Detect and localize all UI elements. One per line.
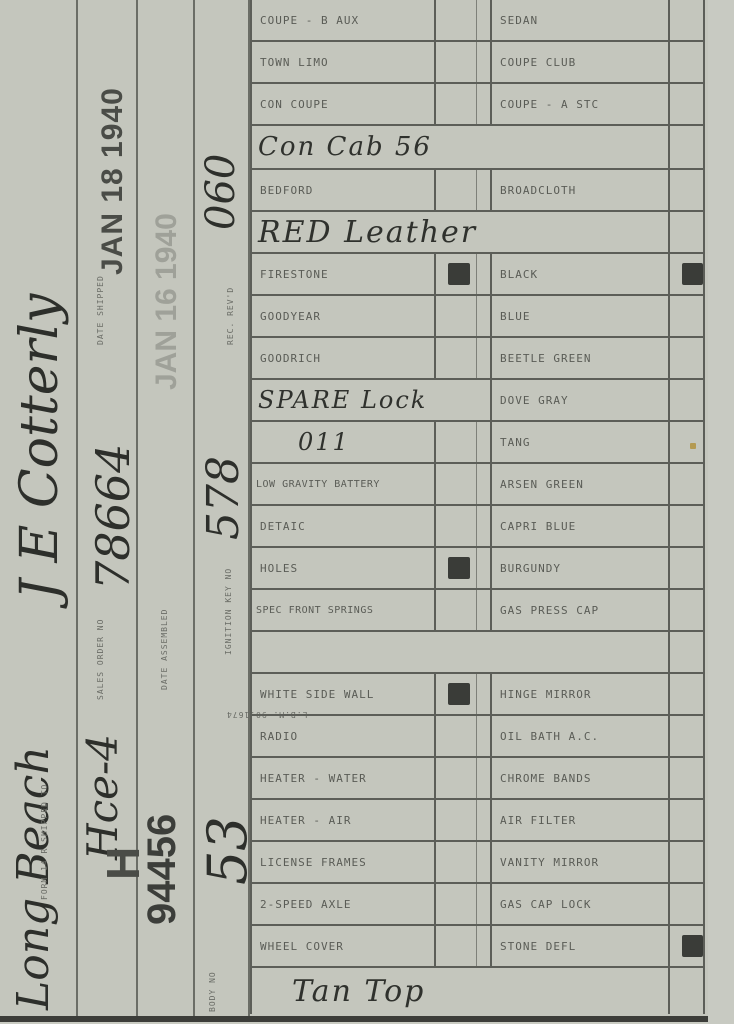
table-row: LICENSE FRAMES VANITY MIRROR	[250, 842, 705, 884]
option-checkbox[interactable]	[434, 758, 476, 798]
option-label: COUPE CLUB	[490, 42, 668, 82]
option-label: 2-SPEED AXLE	[250, 884, 434, 924]
option-label: OIL BATH A.C.	[490, 716, 668, 756]
option-checkbox[interactable]	[668, 506, 705, 546]
option-label: COUPE - A STC	[490, 84, 668, 124]
check-mark-icon	[682, 263, 703, 285]
option-label: FIRESTONE	[250, 254, 434, 294]
option-checkbox[interactable]	[668, 548, 705, 588]
option-label: RADIO	[250, 716, 434, 756]
option-label: GOODRICH	[250, 338, 434, 378]
card-edge	[708, 0, 734, 1024]
option-checkbox-checked[interactable]	[434, 254, 476, 294]
option-checkbox[interactable]	[434, 338, 476, 378]
option-checkbox[interactable]	[668, 126, 705, 168]
option-label: VANITY MIRROR	[490, 842, 668, 882]
table-row: WHEEL COVER STONE DEFL	[250, 926, 705, 968]
label-sales-order: SALES ORDER NO	[96, 619, 105, 700]
stamp-date-faded: JAN 16 1940	[150, 213, 184, 390]
option-checkbox[interactable]	[434, 170, 476, 210]
table-row: WHITE SIDE WALL HINGE MIRROR	[250, 674, 705, 716]
table-row-handwritten: Tan Top	[250, 968, 705, 1014]
option-checkbox[interactable]	[434, 42, 476, 82]
table-row: SPEC FRONT SPRINGS GAS PRESS CAP	[250, 590, 705, 632]
option-checkbox-checked[interactable]	[434, 674, 476, 714]
label-form: FORM 14 R SHIPPED TO	[40, 784, 49, 900]
option-label: STONE DEFL	[490, 926, 668, 966]
option-label: BLUE	[490, 296, 668, 336]
table-row: 2-SPEED AXLE GAS CAP LOCK	[250, 884, 705, 926]
label-ignition-key: IGNITION KEY NO	[224, 568, 233, 655]
option-checkbox[interactable]	[668, 842, 705, 882]
option-label: CHROME BANDS	[490, 758, 668, 798]
option-label: COUPE - B AUX	[250, 0, 434, 40]
table-row: TOWN LIMO COUPE CLUB	[250, 42, 705, 84]
option-checkbox[interactable]	[434, 296, 476, 336]
label-body-no: BODY NO	[208, 971, 217, 1012]
table-row-handwritten: Con Cab 56	[250, 126, 705, 170]
option-checkbox[interactable]	[668, 590, 705, 630]
option-checkbox[interactable]	[434, 716, 476, 756]
handwritten-name: J E Cotterly	[10, 294, 70, 600]
option-label: CAPRI BLUE	[490, 506, 668, 546]
option-checkbox[interactable]	[434, 506, 476, 546]
table-row: COUPE - B AUX SEDAN	[250, 0, 705, 42]
table-row: SPARE Lock DOVE GRAY	[250, 380, 705, 422]
option-label: HEATER - AIR	[250, 800, 434, 840]
option-checkbox[interactable]	[668, 84, 705, 124]
option-checkbox[interactable]	[668, 170, 705, 210]
label-date-shipped: DATE SHIPPED	[96, 275, 105, 345]
option-checkbox[interactable]	[668, 800, 705, 840]
option-label: HOLES	[250, 548, 434, 588]
option-label: GOODYEAR	[250, 296, 434, 336]
option-checkbox[interactable]	[434, 464, 476, 504]
table-row: DETAIC CAPRI BLUE	[250, 506, 705, 548]
build-card: J E Cotterly Long Beach FORM 14 R SHIPPE…	[0, 0, 711, 1022]
table-row: 011 TANG	[250, 422, 705, 464]
check-mark-icon	[448, 683, 470, 705]
stain-dot-icon	[690, 443, 696, 449]
handwritten-upholstery: RED Leather	[250, 212, 668, 252]
option-checkbox[interactable]	[668, 422, 705, 462]
option-label: GAS PRESS CAP	[490, 590, 668, 630]
option-checkbox[interactable]	[434, 84, 476, 124]
stamped-serial: 94456	[140, 814, 185, 925]
option-checkbox[interactable]	[668, 674, 705, 714]
option-label: HEATER - WATER	[250, 758, 434, 798]
option-label: BEDFORD	[250, 170, 434, 210]
option-checkbox[interactable]	[434, 590, 476, 630]
option-label: LOW GRAVITY BATTERY	[250, 464, 434, 504]
option-label: BURGUNDY	[490, 548, 668, 588]
option-label: HINGE MIRROR	[490, 674, 668, 714]
handwritten-location: Long Beach	[8, 746, 59, 1010]
check-mark-icon	[448, 557, 470, 579]
option-checkbox[interactable]	[668, 884, 705, 924]
stamp-date: JAN 18 1940	[96, 87, 130, 275]
table-row: BEDFORD BROADCLOTH	[250, 170, 705, 212]
handwritten-number-3: 578	[198, 456, 249, 540]
option-checkbox[interactable]	[668, 464, 705, 504]
option-label: AIR FILTER	[490, 800, 668, 840]
option-checkbox-checked[interactable]	[668, 926, 705, 966]
option-label: DOVE GRAY	[490, 380, 668, 420]
option-label: ARSEN GREEN	[490, 464, 668, 504]
table-row: HEATER - AIR AIR FILTER	[250, 800, 705, 842]
divider	[76, 0, 78, 1016]
option-checkbox[interactable]	[668, 632, 705, 672]
option-checkbox[interactable]	[668, 968, 705, 1014]
option-checkbox[interactable]	[434, 0, 476, 40]
handwritten-code: 011	[250, 422, 434, 462]
label-date-assembled: DATE ASSEMBLED	[160, 609, 169, 690]
option-label: TANG	[490, 422, 668, 462]
table-row: FIRESTONE BLACK	[250, 254, 705, 296]
handwritten-number-1: 78664	[86, 444, 140, 590]
check-mark-icon	[682, 935, 703, 957]
option-label: BLACK	[490, 254, 668, 294]
handwritten-date: Hce-4	[78, 734, 127, 860]
table-row: HOLES BURGUNDY	[250, 548, 705, 590]
option-label: LICENSE FRAMES	[250, 842, 434, 882]
option-label: BROADCLOTH	[490, 170, 668, 210]
option-label: BEETLE GREEN	[490, 338, 668, 378]
option-checkbox[interactable]	[434, 800, 476, 840]
option-checkbox[interactable]	[434, 842, 476, 882]
handwritten-number-2: 060	[198, 154, 244, 230]
option-checkbox[interactable]	[434, 884, 476, 924]
option-label: CON COUPE	[250, 84, 434, 124]
option-checkbox-checked[interactable]	[668, 254, 705, 294]
table-row: RADIO OIL BATH A.C.	[250, 716, 705, 758]
option-checkbox-checked[interactable]	[434, 548, 476, 588]
option-checkbox[interactable]	[668, 380, 705, 420]
check-mark-icon	[448, 263, 470, 285]
handwritten-top: Tan Top	[250, 968, 668, 1014]
table-row: GOODYEAR BLUE	[250, 296, 705, 338]
table-row: GOODRICH BEETLE GREEN	[250, 338, 705, 380]
table-row: LOW GRAVITY BATTERY ARSEN GREEN	[250, 464, 705, 506]
option-checkbox[interactable]	[668, 296, 705, 336]
divider	[193, 0, 195, 1016]
table-row-handwritten: RED Leather	[250, 212, 705, 254]
option-checkbox[interactable]	[668, 0, 705, 40]
option-checkbox[interactable]	[668, 338, 705, 378]
option-checkbox[interactable]	[434, 422, 476, 462]
label-rec: REC. REV'D	[226, 287, 235, 345]
option-label: GAS CAP LOCK	[490, 884, 668, 924]
handwritten-spare: SPARE Lock	[250, 380, 490, 420]
table-row-blank	[250, 632, 705, 674]
table-row: CON COUPE COUPE - A STC	[250, 84, 705, 126]
handwritten-model: Con Cab 56	[250, 126, 668, 168]
option-label: SPEC FRONT SPRINGS	[250, 590, 434, 630]
option-checkbox[interactable]	[668, 716, 705, 756]
option-label: SEDAN	[490, 0, 668, 40]
option-label: WHEEL COVER	[250, 926, 434, 966]
option-checkbox[interactable]	[668, 212, 705, 252]
option-label: TOWN LIMO	[250, 42, 434, 82]
option-label: WHITE SIDE WALL	[250, 674, 434, 714]
option-checkbox[interactable]	[434, 926, 476, 966]
option-checkbox[interactable]	[668, 42, 705, 82]
option-label: DETAIC	[250, 506, 434, 546]
table-row: HEATER - WATER CHROME BANDS	[250, 758, 705, 800]
option-checkbox[interactable]	[668, 758, 705, 798]
left-panel: J E Cotterly Long Beach FORM 14 R SHIPPE…	[0, 0, 250, 1016]
